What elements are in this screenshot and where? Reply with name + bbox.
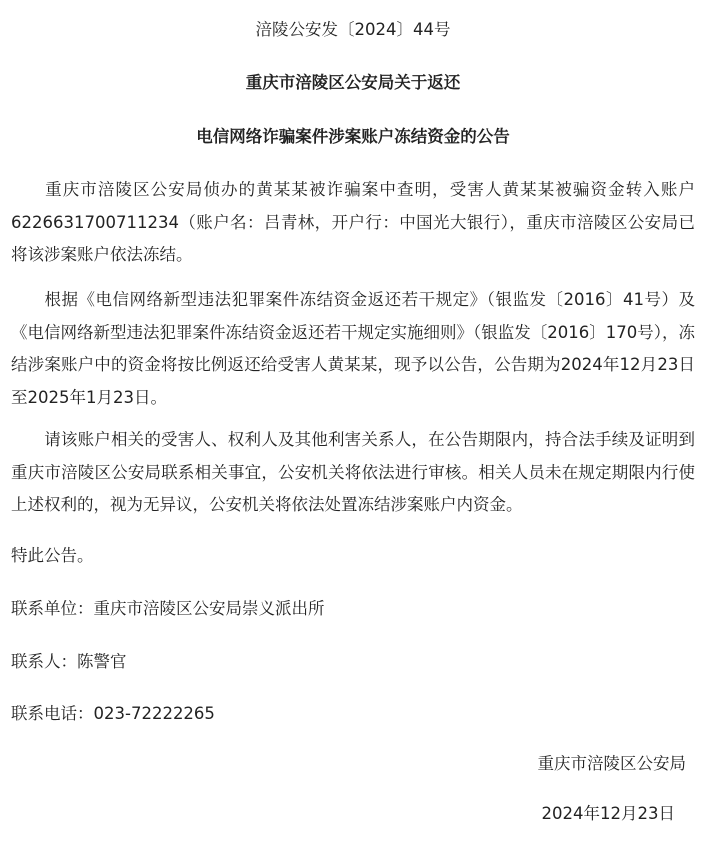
paragraph-1: 重庆市涪陵区公安局侦办的黄某某被诈骗案中查明，受害人黄某某被骗资金转入账户622… bbox=[11, 174, 695, 272]
paragraph-1-text: 重庆市涪陵区公安局侦办的黄某某被诈骗案中查明，受害人黄某某被骗资金转入账户622… bbox=[11, 180, 695, 264]
signature-date: 2024年12月23日 bbox=[0, 803, 675, 825]
signature-organization: 重庆市涪陵区公安局 bbox=[0, 753, 686, 775]
contact-phone: 联系电话：023-72222265 bbox=[11, 703, 215, 725]
announcement-document: 涪陵公安发〔2024〕44号 重庆市涪陵区公安局关于返还 电信网络诈骗案件涉案账… bbox=[0, 0, 706, 850]
paragraph-2: 根据《电信网络新型违法犯罪案件冻结资金返还若干规定》（银监发〔2016〕41号）… bbox=[11, 284, 695, 414]
title-line-1: 重庆市涪陵区公安局关于返还 bbox=[0, 72, 706, 94]
closing-statement: 特此公告。 bbox=[11, 545, 94, 567]
paragraph-2-text: 根据《电信网络新型违法犯罪案件冻结资金返还若干规定》（银监发〔2016〕41号）… bbox=[11, 290, 695, 407]
paragraph-3-text: 请该账户相关的受害人、权利人及其他利害关系人，在公告期限内，持合法手续及证明到重… bbox=[11, 430, 695, 514]
contact-person: 联系人：陈警官 bbox=[11, 651, 127, 673]
contact-unit: 联系单位：重庆市涪陵区公安局崇义派出所 bbox=[11, 598, 325, 620]
title-line-2: 电信网络诈骗案件涉案账户冻结资金的公告 bbox=[0, 126, 706, 148]
paragraph-3: 请该账户相关的受害人、权利人及其他利害关系人，在公告期限内，持合法手续及证明到重… bbox=[11, 424, 695, 522]
document-number: 涪陵公安发〔2024〕44号 bbox=[0, 19, 706, 41]
